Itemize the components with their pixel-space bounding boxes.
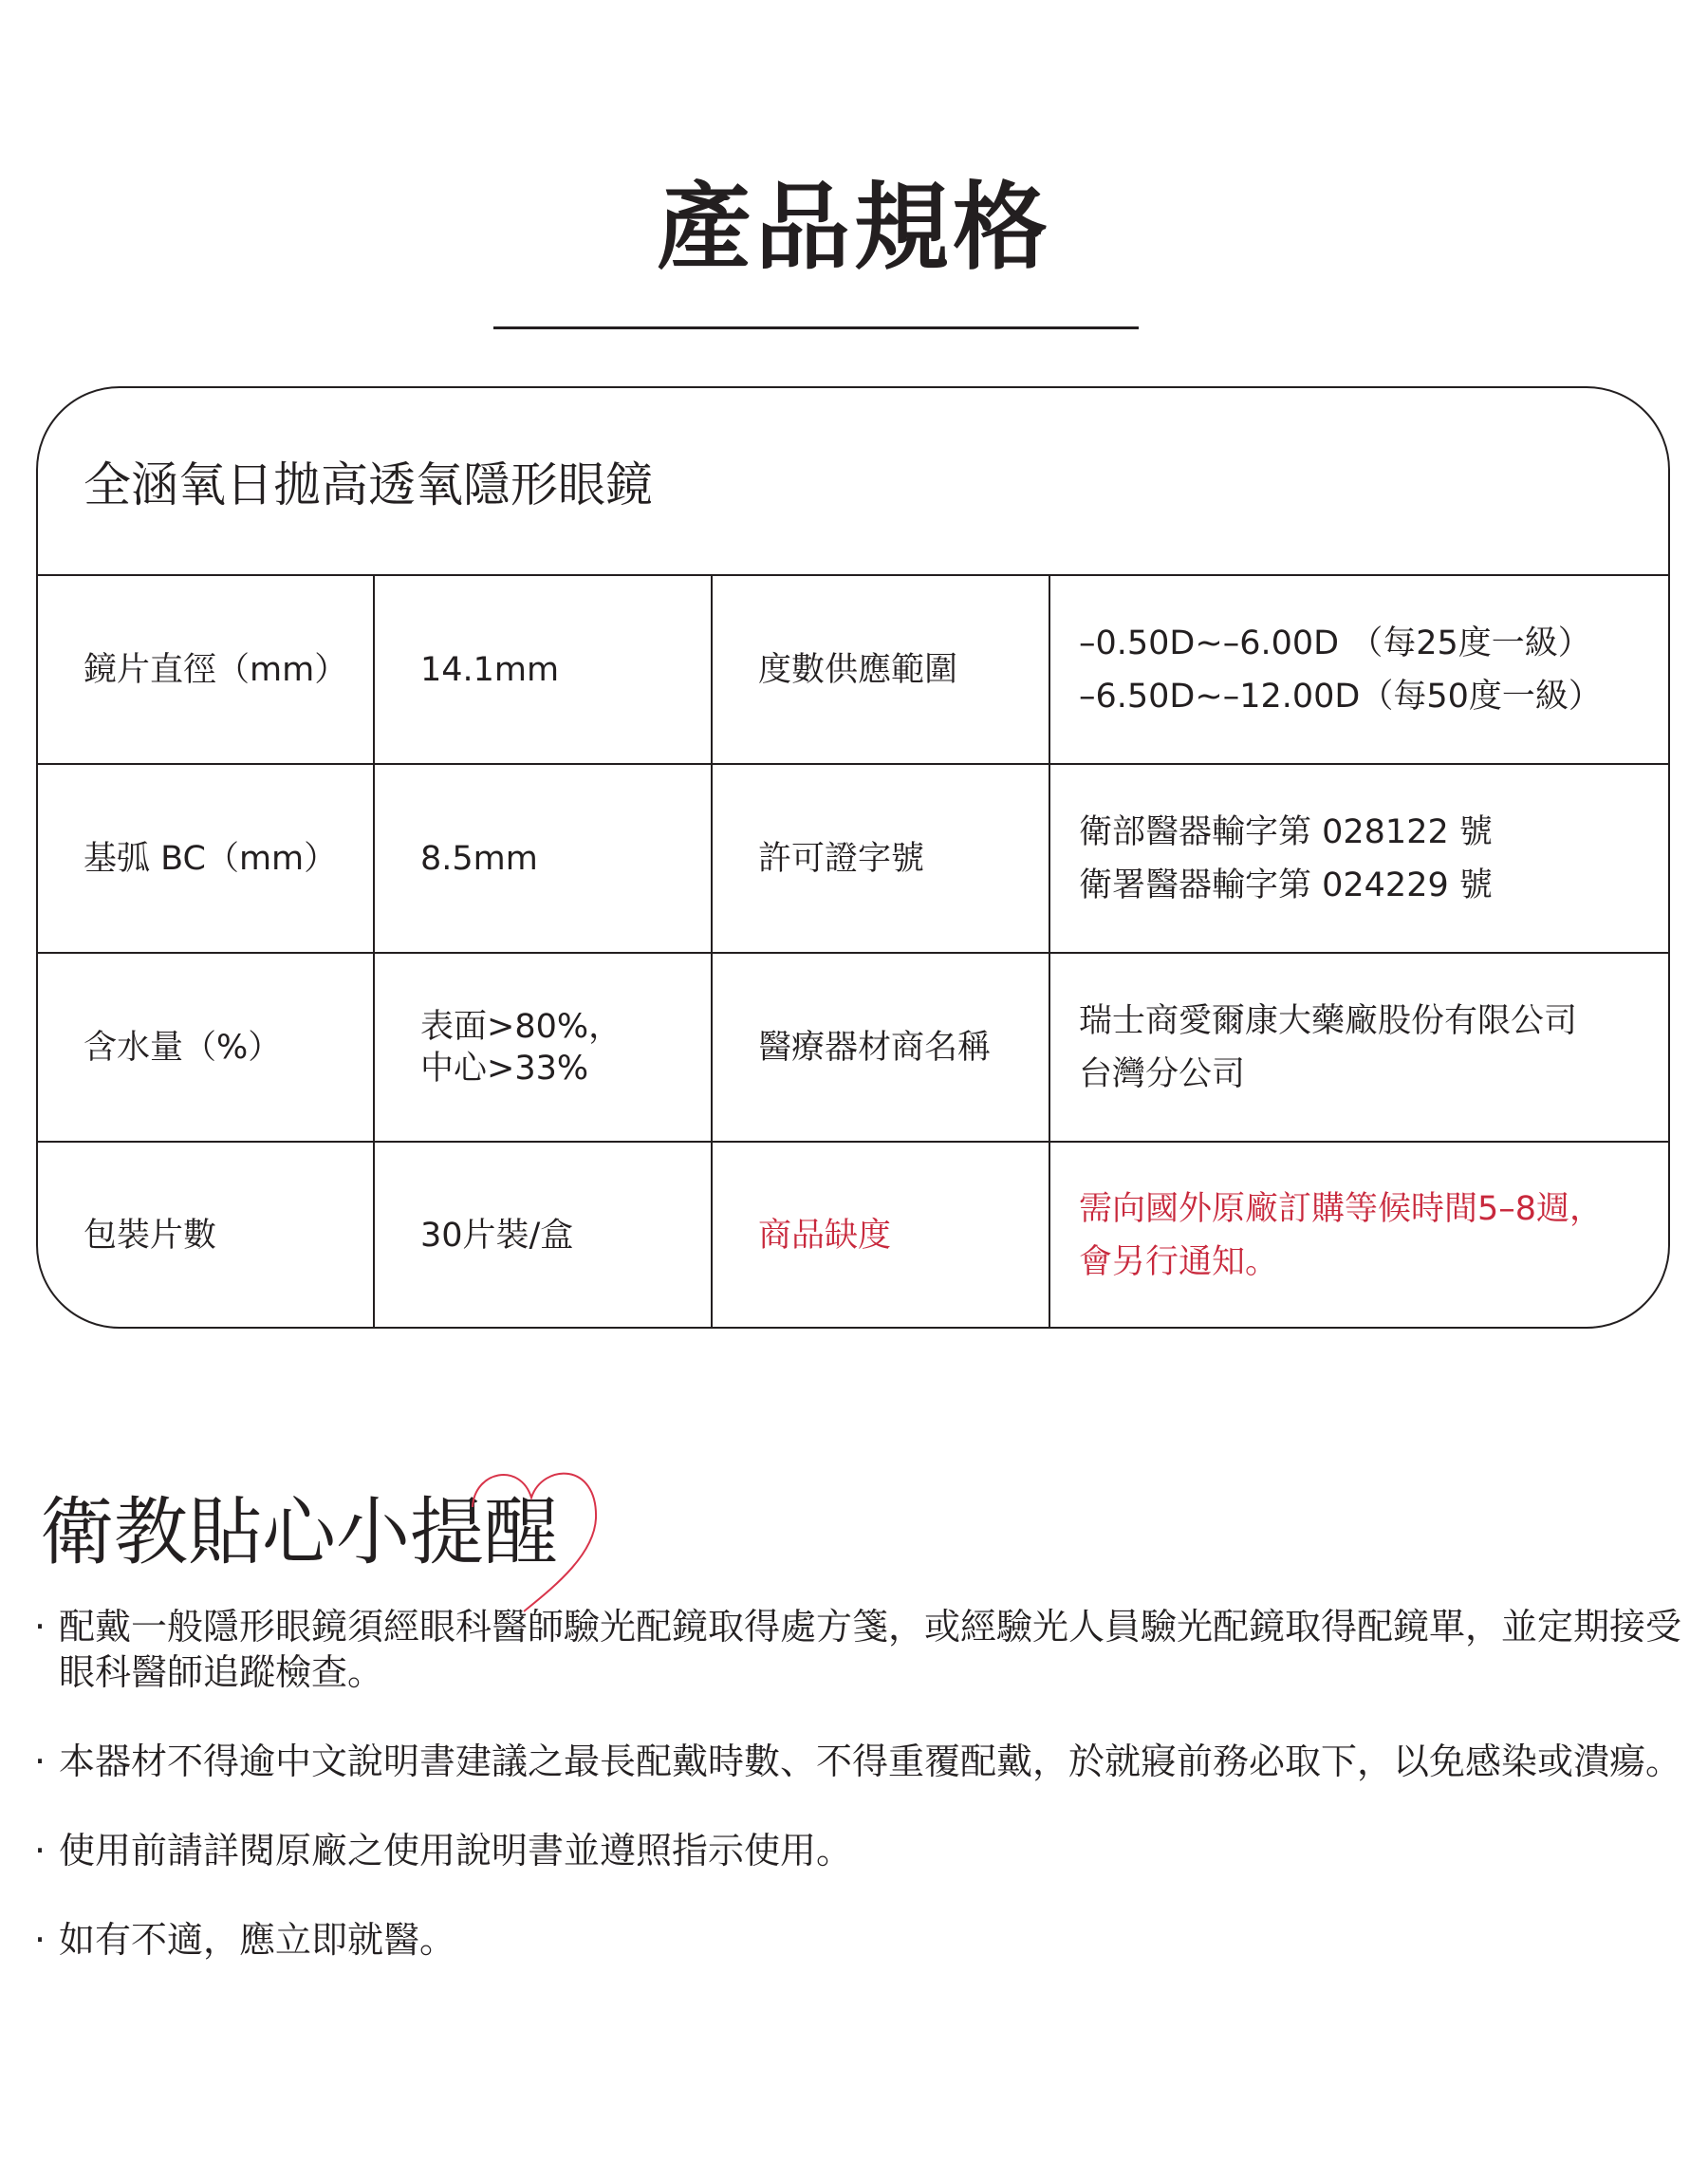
- spec-label: 醫療器材商名稱: [713, 954, 1050, 1141]
- bullet: ·: [34, 1917, 59, 1963]
- power-range-line: –0.50D~–6.00D （每25度一級）: [1079, 617, 1602, 670]
- spec-label: 包裝片數: [38, 1143, 375, 1329]
- tip-text: 使用前請詳閱原廠之使用說明書並遵照指示使用。: [59, 1828, 852, 1873]
- stock-status-note: 需向國外原廠訂購等候時間5–8週， 會另行通知。: [1050, 1143, 1668, 1329]
- spec-row-water-content: 含水量（%） 表面>80%， 中心>33% 醫療器材商名稱 瑞士商愛爾康大藥廠股…: [38, 954, 1668, 1143]
- bullet: ·: [34, 1828, 59, 1873]
- tip-text: 如有不適，應立即就醫。: [59, 1917, 455, 1963]
- spec-value: 表面>80%， 中心>33%: [375, 954, 713, 1141]
- stock-status-label: 商品缺度: [713, 1143, 1050, 1329]
- stock-note-line: 需向國外原廠訂購等候時間5–8週，: [1079, 1182, 1603, 1236]
- tip-item: · 使用前請詳閱原廠之使用說明書並遵照指示使用。: [34, 1828, 1685, 1873]
- tip-text: 配戴一般隱形眼鏡須經眼科醫師驗光配鏡取得處方箋，或經驗光人員驗光配鏡取得配鏡單，…: [59, 1604, 1685, 1695]
- tips-list: · 配戴一般隱形眼鏡須經眼科醫師驗光配鏡取得處方箋，或經驗光人員驗光配鏡取得配鏡…: [34, 1604, 1685, 2006]
- company-line: 瑞士商愛爾康大藥廠股份有限公司: [1079, 995, 1577, 1048]
- license-line: 衛署醫器輸字第 024229 號: [1079, 859, 1493, 912]
- spec-label: 許可證字號: [713, 765, 1050, 952]
- spec-label: 含水量（%）: [38, 954, 375, 1141]
- tip-item: · 如有不適，應立即就醫。: [34, 1917, 1685, 1963]
- spec-value: 30片裝/盒: [375, 1143, 713, 1329]
- heart-icon: [465, 1462, 607, 1613]
- spec-label: 鏡片直徑（mm）: [38, 576, 375, 763]
- tip-item: · 本器材不得逾中文說明書建議之最長配戴時數、不得重覆配戴，於就寢前務必取下，以…: [34, 1739, 1685, 1784]
- tip-item: · 配戴一般隱形眼鏡須經眼科醫師驗光配鏡取得處方箋，或經驗光人員驗光配鏡取得配鏡…: [34, 1604, 1685, 1695]
- bullet: ·: [34, 1739, 59, 1784]
- spec-label: 度數供應範圍: [713, 576, 1050, 763]
- spec-row-base-curve: 基弧 BC（mm） 8.5mm 許可證字號 衛部醫器輸字第 028122 號 衛…: [38, 765, 1668, 954]
- spec-value: 14.1mm: [375, 576, 713, 763]
- spec-row-package: 包裝片數 30片裝/盒 商品缺度 需向國外原廠訂購等候時間5–8週， 會另行通知…: [38, 1143, 1668, 1329]
- spec-value: –0.50D~–6.00D （每25度一級） –6.50D~–12.00D（每5…: [1050, 576, 1668, 763]
- water-line: 中心>33%: [420, 1048, 622, 1089]
- spec-label: 基弧 BC（mm）: [38, 765, 375, 952]
- spec-value: 瑞士商愛爾康大藥廠股份有限公司 台灣分公司: [1050, 954, 1668, 1141]
- company-line: 台灣分公司: [1079, 1048, 1577, 1101]
- title-divider: [493, 326, 1139, 329]
- license-line: 衛部醫器輸字第 028122 號: [1079, 806, 1493, 859]
- tip-text: 本器材不得逾中文說明書建議之最長配戴時數、不得重覆配戴，於就寢前務必取下，以免感…: [59, 1739, 1681, 1784]
- water-line: 表面>80%，: [420, 1006, 622, 1048]
- page-title: 產品規格: [0, 166, 1708, 289]
- spec-row-diameter: 鏡片直徑（mm） 14.1mm 度數供應範圍 –0.50D~–6.00D （每2…: [38, 576, 1668, 765]
- product-name: 全涵氧日拋高透氧隱形眼鏡: [38, 388, 1668, 576]
- power-range-line: –6.50D~–12.00D（每50度一級）: [1079, 670, 1602, 723]
- spec-value: 8.5mm: [375, 765, 713, 952]
- bullet: ·: [34, 1604, 59, 1695]
- spec-card: 全涵氧日拋高透氧隱形眼鏡 鏡片直徑（mm） 14.1mm 度數供應範圍 –0.5…: [36, 386, 1670, 1329]
- spec-value: 衛部醫器輸字第 028122 號 衛署醫器輸字第 024229 號: [1050, 765, 1668, 952]
- stock-note-line: 會另行通知。: [1079, 1236, 1603, 1289]
